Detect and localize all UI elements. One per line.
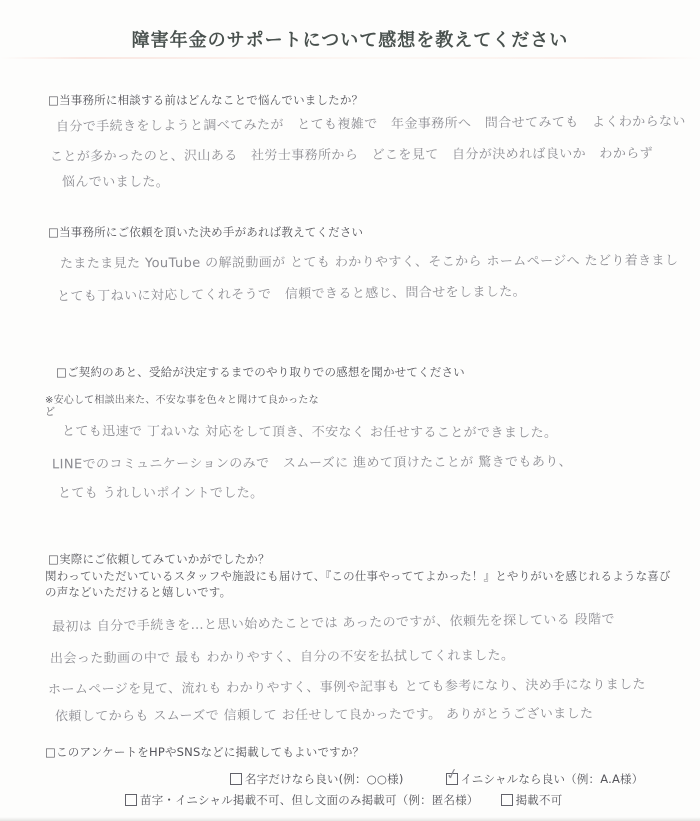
question-4-answer-line: 依頼してからも スムーズで 信頼して お任せして良かったです。 ありがとうござい… — [55, 703, 593, 725]
publish-options-row: ✓ 苗字・イニシャル掲載不可、但し文面のみ掲載可（例：匿名様） ✓ 掲載不可 — [125, 792, 562, 808]
question-1-answer-line: ことが多かったのと、沢山ある 社労士事務所から どこを見て 自分が決めれば良いか… — [50, 142, 653, 164]
question-2-answer-line: とても丁ねいに対応してくれそうで 信頼できると感じ、問合せをしました。 — [57, 281, 526, 305]
question-4-answer-line: 出会った動画の中で 最も わかりやすく、自分の不安を払拭してくれました。 — [50, 644, 515, 666]
question-3-answer-line: とても うれしいポイントでした。 — [58, 482, 264, 501]
question-4-subtext-line: 関わっていただいているスタッフや施設にも届けて、『この仕事やっててよかった！』と… — [45, 568, 671, 584]
question-3-note-line: ※安心して相談出来た、不安な事を色々と聞けて良かったな — [45, 391, 319, 406]
publish-option-anonymous-text-only: ✓ 苗字・イニシャル掲載不可、但し文面のみ掲載可（例：匿名様） — [125, 792, 479, 808]
question-3-answer-line: LINEでのコミュニケーションのみで スムーズに 進めて頂けたことが 驚きでもあ… — [52, 451, 572, 473]
question-3-note-line: ど — [45, 403, 55, 418]
page-title: 障害年金のサポートについて感想を教えてください — [0, 26, 700, 52]
checkbox-icon[interactable]: ✓ — [446, 773, 458, 785]
question-4-answer-line: ホームページを見て、流れも わかりやすく、事例や記事も とても参考になり、決め手… — [48, 673, 646, 697]
publish-options-row: ✓ 名字だけなら良い(例：○○様) ✓ イニシャルなら良い（例：A.A様） — [230, 771, 643, 787]
scan-artifact-bottom-edge — [0, 817, 700, 821]
publish-option-lastname: ✓ 名字だけなら良い(例：○○様) — [230, 771, 404, 787]
question-1-answer-line: 自分で手続きをしようと調べてみたが とても複雑で 年金事務所へ 問合せてみても … — [56, 110, 686, 134]
question-2-answer-line: たまたま見た YouTube の解説動画が とても わかりやすく、そこから ホー… — [60, 249, 678, 271]
publish-option-no-publish: ✓ 掲載不可 — [501, 792, 563, 808]
scan-artifact-line — [0, 57, 700, 59]
survey-scan-page: 障害年金のサポートについて感想を教えてください □当事務所に相談する前はどんなこ… — [0, 0, 700, 821]
publish-option-label: 苗字・イニシャル掲載不可、但し文面のみ掲載可（例：匿名様） — [140, 792, 479, 808]
question-3-label: □ご契約のあと、受給が決定するまでのやり取りでの感想を聞かせてください — [56, 364, 465, 380]
publish-option-label: 名字だけなら良い(例：○○様) — [245, 771, 404, 787]
question-4-label: □実際にご依頼してみていかがでしたか？ — [48, 551, 270, 567]
publish-option-label: 掲載不可 — [516, 792, 563, 808]
publish-option-label: イニシャルなら良い（例：A.A様） — [461, 771, 644, 787]
check-icon: ✓ — [444, 766, 460, 783]
question-1-answer-line: 悩んでいました。 — [62, 171, 169, 190]
question-3-answer-line: とても迅速で 丁ねいな 対応をして頂き、不安なく お任せすることができました。 — [62, 420, 558, 441]
question-2-label: □当事務所にご依頼を頂いた決め手があれば教えてください — [48, 224, 363, 240]
question-4-subtext-line: の声などいただけると嬉しいです。 — [45, 584, 231, 600]
checkbox-icon[interactable]: ✓ — [230, 773, 242, 785]
checkbox-icon[interactable]: ✓ — [125, 794, 137, 806]
question-1-label: □当事務所に相談する前はどんなことで悩んでいましたか？ — [48, 92, 363, 108]
publish-option-initials: ✓ イニシャルなら良い（例：A.A様） — [446, 771, 644, 787]
question-4-answer-line: 最初は 自分で手続きを…と思い始めたことでは あったのですが、依頼先を探している… — [52, 608, 615, 635]
question-5-label: □このアンケートをHPやSNSなどに掲載してもよいですか？ — [45, 744, 364, 760]
checkbox-icon[interactable]: ✓ — [501, 794, 513, 806]
